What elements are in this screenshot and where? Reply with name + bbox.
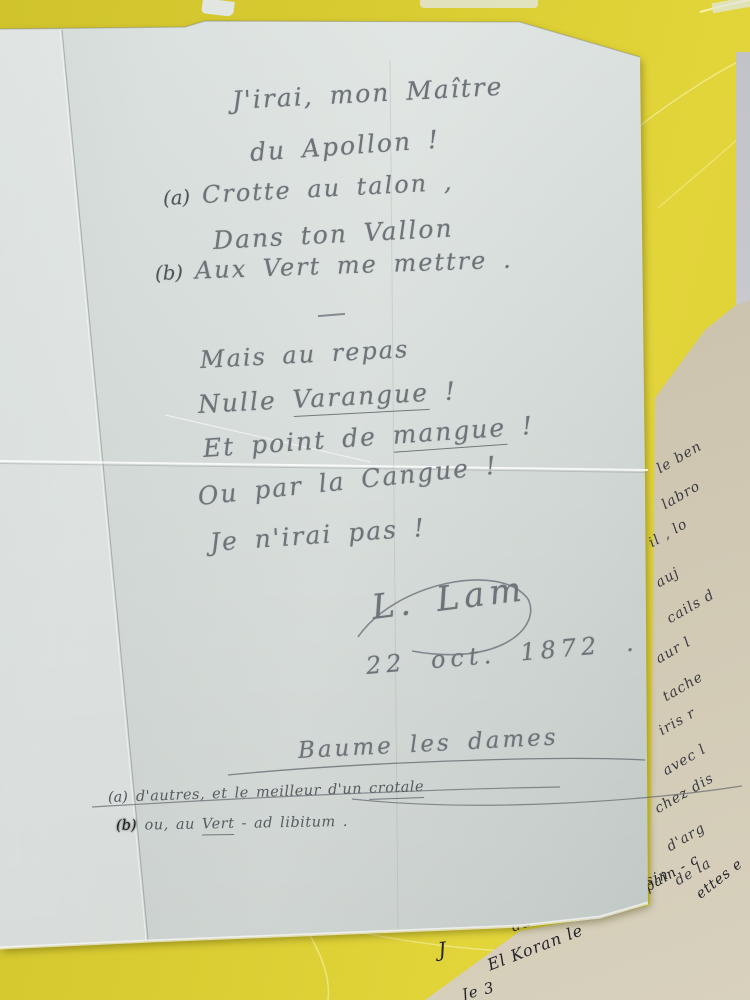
footnote-label: (b) — [116, 818, 137, 834]
flourish-lines — [0, 0, 750, 1000]
underlined-word: Vert — [202, 816, 235, 836]
footnote-label: (a) — [108, 789, 129, 806]
photo-scene: le benlabroil , loaujcails daur ltacheir… — [0, 0, 750, 1000]
underlined-word: crotale — [369, 779, 425, 800]
